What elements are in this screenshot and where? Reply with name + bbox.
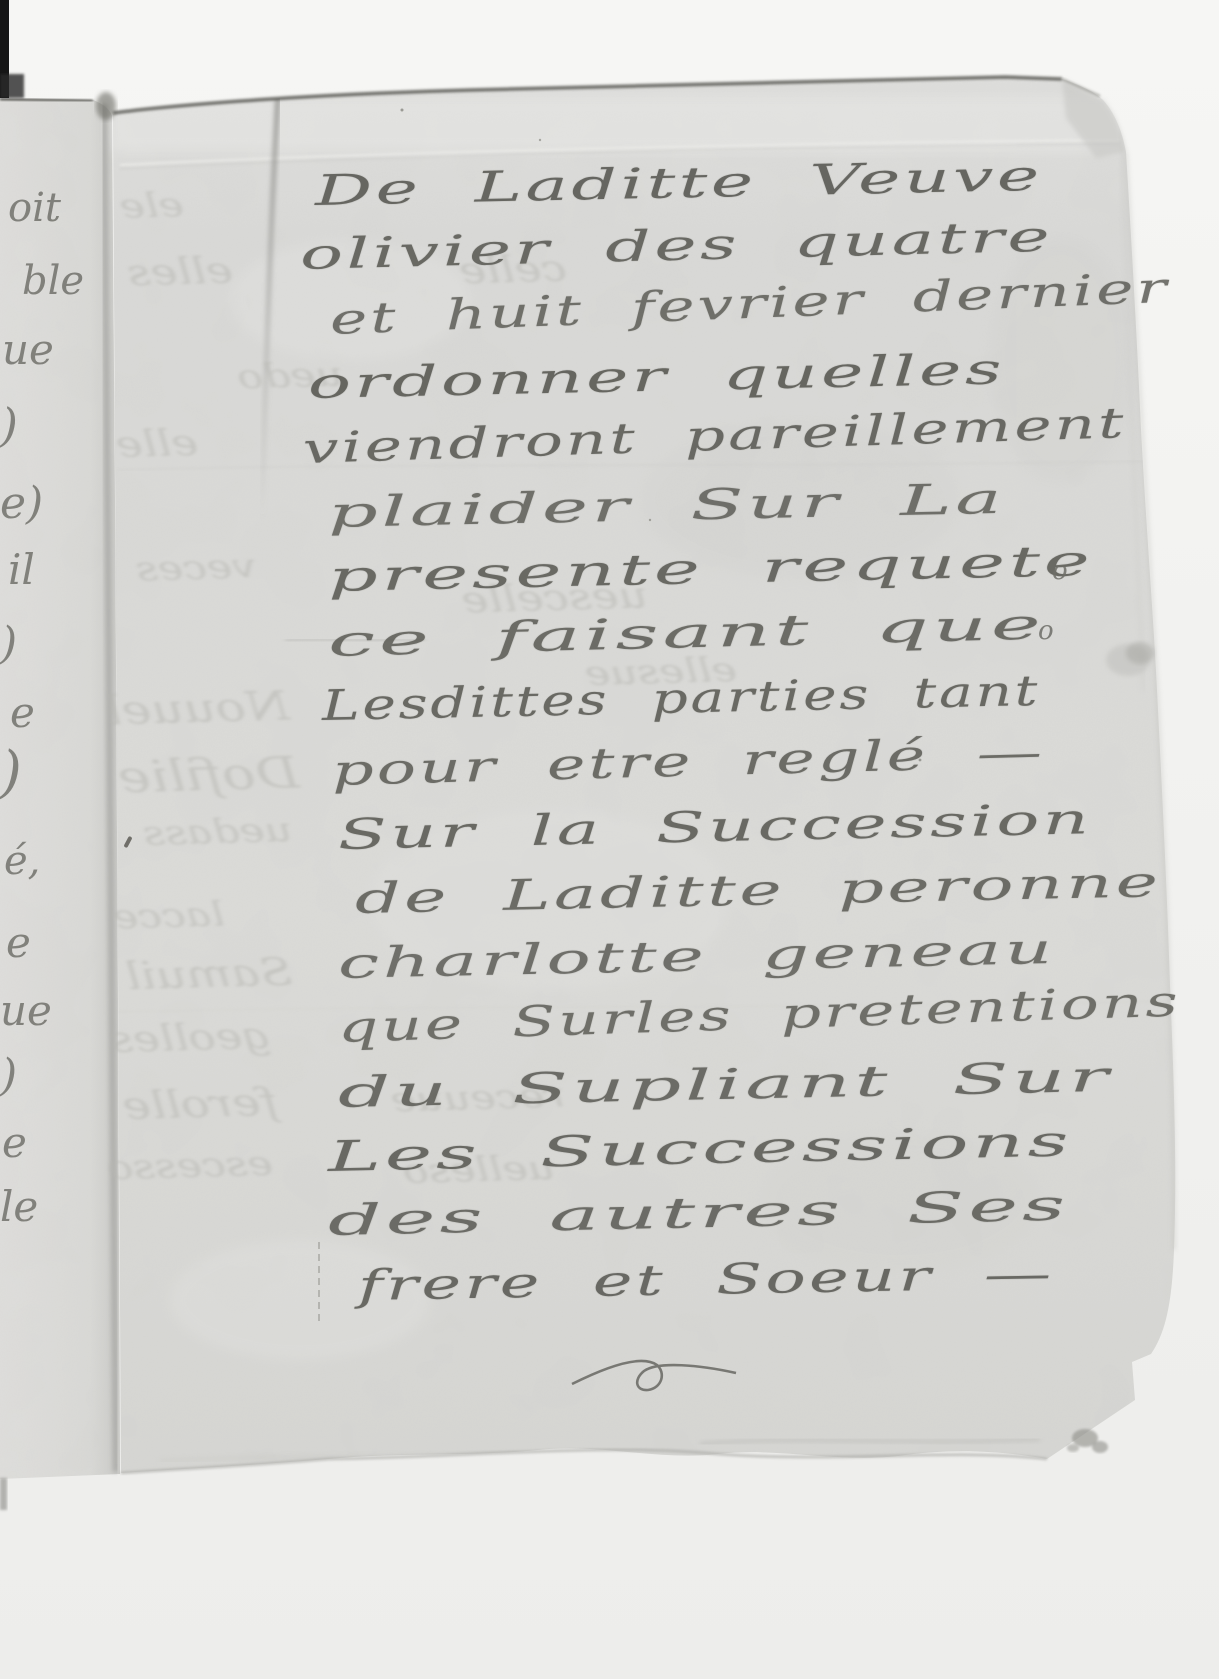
top-edge-shadow bbox=[0, 99, 93, 101]
margin-mark-o: o bbox=[1038, 616, 1054, 646]
manuscript-scan: ele elles uedo elle veces celle uescelle… bbox=[0, 0, 1219, 1679]
margin-mark-o: o bbox=[1052, 556, 1068, 586]
paper-texture bbox=[0, 0, 1219, 1679]
scratch-mark bbox=[318, 1242, 320, 1322]
paper-artwork bbox=[0, 0, 1219, 1679]
